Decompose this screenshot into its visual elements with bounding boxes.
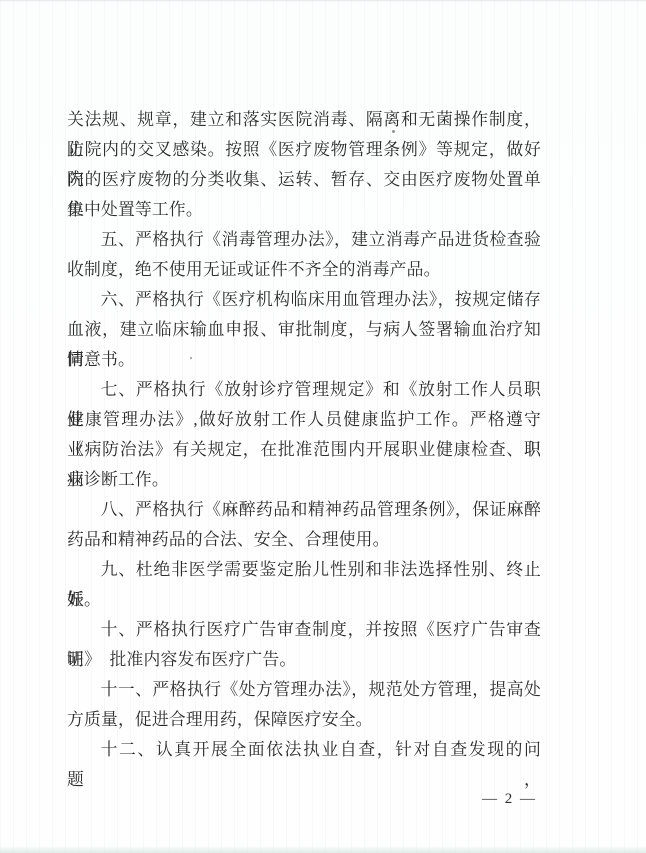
scan-top-edge-shadow (0, 0, 646, 2)
text-line: 十、严格执行医疗广告审查制度，并按照《医疗广告审查证 (67, 615, 541, 645)
text-line: 集中处置等工作。 (67, 195, 541, 225)
text-line: 病诊断工作。 (67, 465, 541, 495)
scanned-document-page: 关法规、规章，建立和落实医院消毒、隔离和无菌操作制度，防止院内的交叉感染。按照《… (0, 0, 646, 853)
text-line: 娠。 (67, 585, 541, 615)
text-line: 药品和精神药品的合法、安全、合理使用。 (67, 525, 541, 555)
text-line: 止院内的交叉感染。按照《医疗废物管理条例》等规定，做好院 (67, 135, 541, 165)
text-line: 血液，建立临床输血申报、审批制度，与病人签署输血治疗知情 (67, 315, 541, 345)
text-line: 收制度，绝不使用无证或证件不齐全的消毒产品。 (67, 255, 541, 285)
text-line: 内的医疗废物的分类收集、运转、暂存、交由医疗废物处置单位 (67, 165, 541, 195)
text-line: 关法规、规章，建立和落实医院消毒、隔离和无菌操作制度，防 (67, 105, 541, 135)
text-line: 九、杜绝非医学需要鉴定胎儿性别和非法选择性别、终止妊 (67, 555, 541, 585)
text-line: 十一、严格执行《处方管理办法》，规范处方管理，提高处 (67, 675, 541, 705)
scan-speckle (190, 357, 192, 359)
text-line: 方质量，促进合理用药，保障医疗安全。 (67, 705, 541, 735)
document-body-text: 关法规、规章，建立和落实医院消毒、隔离和无菌操作制度，防止院内的交叉感染。按照《… (67, 105, 541, 765)
scan-bottom-edge-shadow (0, 846, 646, 853)
scan-speckle (392, 130, 395, 133)
text-line: 五、严格执行《消毒管理办法》，建立消毒产品进货检查验 (67, 225, 541, 255)
text-line: 同意书。 (67, 345, 541, 375)
text-line: 七、严格执行《放射诊疗管理规定》和《放射工作人员职业 (67, 375, 541, 405)
text-line: 明》 批准内容发布医疗广告。 (67, 645, 541, 675)
text-line: 八、严格执行《麻醉药品和精神药品管理条例》，保证麻醉 (67, 495, 541, 525)
text-line: 健康管理办法》,做好放射工作人员健康监护工作。严格遵守《职 (67, 405, 541, 435)
text-line: 业病防治法》有关规定，在批准范围内开展职业健康检查、职业 (67, 435, 541, 465)
text-line: 十二、认真开展全面依法执业自查，针对自查发现的问题， (67, 735, 541, 765)
text-line: 六、严格执行《医疗机构临床用血管理办法》，按规定储存 (67, 285, 541, 315)
page-number: — 2 — (482, 788, 537, 810)
